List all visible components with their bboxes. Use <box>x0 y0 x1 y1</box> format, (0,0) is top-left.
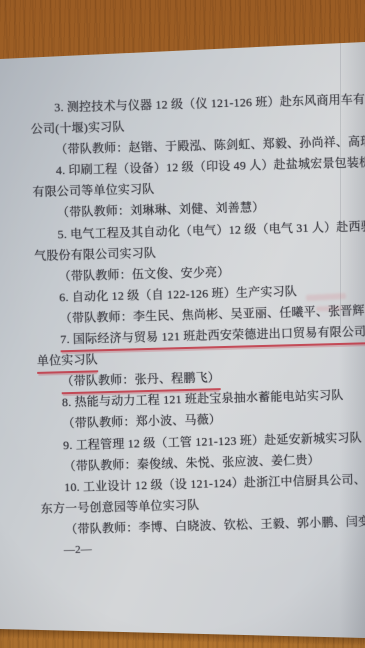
paper-sheet: 3. 测控技术与仪器 12 级（仪 121-126 班）赴东风商用车有限公司(十… <box>0 0 365 648</box>
document-text-block: 3. 测控技术与仪器 12 级（仪 121-126 班）赴东风商用车有限公司(十… <box>30 90 365 562</box>
doc-line-text: 公司(十堰)实习队 <box>31 117 125 141</box>
document-photo: 3. 测控技术与仪器 12 级（仪 121-126 班）赴东风商用车有限公司(十… <box>0 0 365 648</box>
doc-line-text: —2— <box>64 540 93 562</box>
